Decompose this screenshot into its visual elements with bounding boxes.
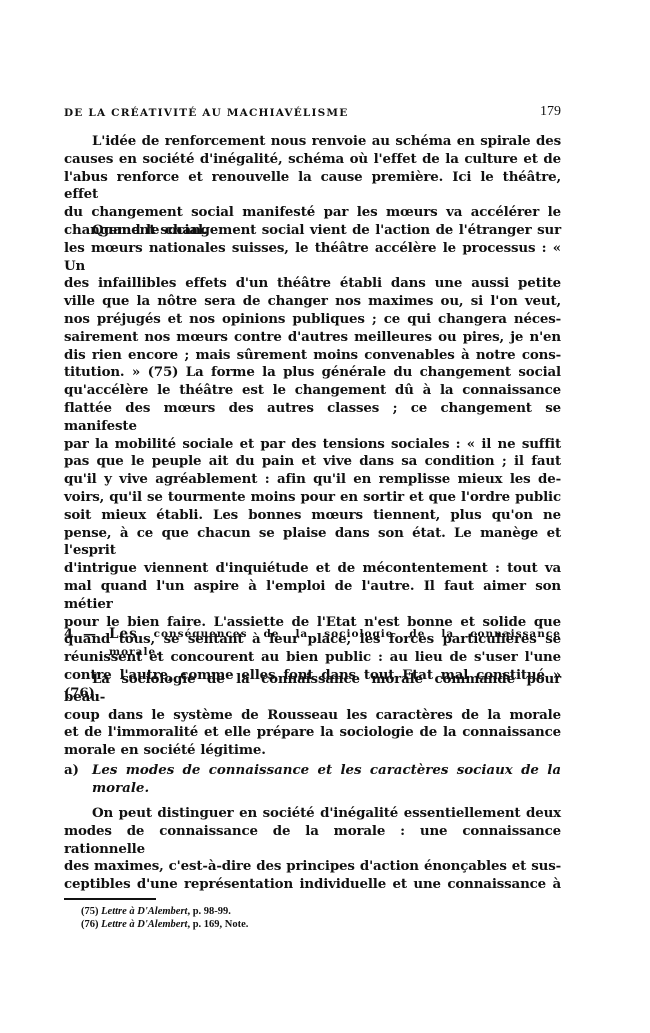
subsection-title: Les modes de connaissance et les caractè… bbox=[92, 762, 561, 780]
text-line: par la mobilité sociale et par des tensi… bbox=[64, 436, 561, 454]
section-heading-line-1: 4—Les conséquences de la sociologie de l… bbox=[64, 626, 561, 644]
text-line: l'abus renforce et renouvelle la cause p… bbox=[64, 169, 561, 205]
book-page: DE LA CRÉATIVITÉ AU MACHIAVÉLISME 179 L'… bbox=[0, 0, 650, 1033]
text-line: soit mieux établi. Les bonnes mœurs tien… bbox=[64, 507, 561, 525]
subsection-heading: a) Les modes de connaissance et les cara… bbox=[64, 762, 561, 798]
footnote-ref: , p. 98-99. bbox=[187, 906, 230, 917]
section-word: la bbox=[441, 626, 454, 644]
text-line: pense, à ce que chacun se plaise dans so… bbox=[64, 525, 561, 561]
text-line: flattée des mœurs des autres classes ; c… bbox=[64, 400, 561, 436]
subsection-paragraph: On peut distinguer en société d'inégalit… bbox=[64, 805, 561, 894]
section-word: de bbox=[263, 626, 279, 644]
text-line: des maximes, c'est-à-dire des principes … bbox=[64, 858, 561, 876]
section-word: sociologie bbox=[324, 626, 393, 644]
text-line: dis rien encore ; mais sûrement moins co… bbox=[64, 347, 561, 365]
text-line: mal quand l'un aspire à l'emploi de l'au… bbox=[64, 578, 561, 614]
text-line: ville que la nôtre sera de changer nos m… bbox=[64, 293, 561, 311]
footnote-75: (75) Lettre à D'Alembert, p. 98-99. bbox=[81, 905, 248, 918]
subsection-heading-line-2: morale. bbox=[64, 780, 561, 798]
text-line: coup dans le système de Rousseau les car… bbox=[64, 707, 561, 725]
text-line: et de l'immoralité et elle prépare la so… bbox=[64, 724, 561, 742]
section-paragraph: La sociologie de la connaissance morale … bbox=[64, 671, 561, 760]
text-line: qu'il y vive agréablement : afin qu'il e… bbox=[64, 471, 561, 489]
footnote-marker: (76) bbox=[81, 919, 99, 930]
footnote-ref: , p. 169, Note. bbox=[187, 919, 248, 930]
section-word: connaissance bbox=[470, 626, 561, 644]
footnote-76: (76) Lettre à D'Alembert, p. 169, Note. bbox=[81, 918, 248, 931]
section-word: Les bbox=[109, 626, 138, 642]
text-line: modes de connaissance de la morale : une… bbox=[64, 823, 561, 859]
text-line: du changement social manifesté par les m… bbox=[64, 204, 561, 222]
text-line: L'idée de renforcement nous renvoie au s… bbox=[64, 133, 561, 151]
text-line: La sociologie de la connaissance morale … bbox=[64, 671, 561, 707]
text-line: les mœurs nationales suisses, le théâtre… bbox=[64, 240, 561, 276]
text-line: ceptibles d'une représentation individue… bbox=[64, 876, 561, 894]
footnote-title: Lettre à D'Alembert bbox=[101, 906, 187, 917]
text-line: d'intrigue viennent d'inquiétude et de m… bbox=[64, 560, 561, 578]
running-head-title: DE LA CRÉATIVITÉ AU MACHIAVÉLISME bbox=[64, 107, 348, 119]
footnote-title: Lettre à D'Alembert bbox=[101, 919, 187, 930]
section-heading: 4—Les conséquences de la sociologie de l… bbox=[64, 626, 561, 661]
running-head: DE LA CRÉATIVITÉ AU MACHIAVÉLISME 179 bbox=[64, 106, 561, 122]
text-line: Quand le changement social vient de l'ac… bbox=[64, 222, 561, 240]
footnote-separator bbox=[64, 898, 156, 900]
text-line: titution. » (75) La forme la plus généra… bbox=[64, 364, 561, 382]
text-line: On peut distinguer en société d'inégalit… bbox=[64, 805, 561, 823]
section-word: la bbox=[295, 626, 308, 644]
section-word: de bbox=[409, 626, 425, 644]
subsection-heading-line-1: a) Les modes de connaissance et les cara… bbox=[64, 762, 561, 780]
page-number: 179 bbox=[540, 104, 561, 120]
footnotes: (75) Lettre à D'Alembert, p. 98-99. (76)… bbox=[81, 905, 248, 931]
text-line: nos préjugés et nos opinions publiques ;… bbox=[64, 311, 561, 329]
text-line: qu'accélère le théâtre est le changement… bbox=[64, 382, 561, 400]
text-line: pas que le peuple ait du pain et vive da… bbox=[64, 453, 561, 471]
section-dash: — bbox=[83, 626, 109, 643]
text-line: causes en société d'inégalité, schéma où… bbox=[64, 151, 561, 169]
footnote-marker: (75) bbox=[81, 906, 99, 917]
section-heading-line-2: morale. bbox=[64, 644, 561, 661]
subsection-label: a) bbox=[64, 762, 92, 780]
text-line: des infaillibles effets d'un théâtre éta… bbox=[64, 275, 561, 293]
text-line: voirs, qu'il se tourmente moins pour en … bbox=[64, 489, 561, 507]
text-line: morale en société légitime. bbox=[64, 742, 561, 760]
section-number: 4 bbox=[64, 626, 83, 643]
section-word: conséquences bbox=[154, 626, 248, 644]
text-line: sairement nos mœurs contre d'autres meil… bbox=[64, 329, 561, 347]
